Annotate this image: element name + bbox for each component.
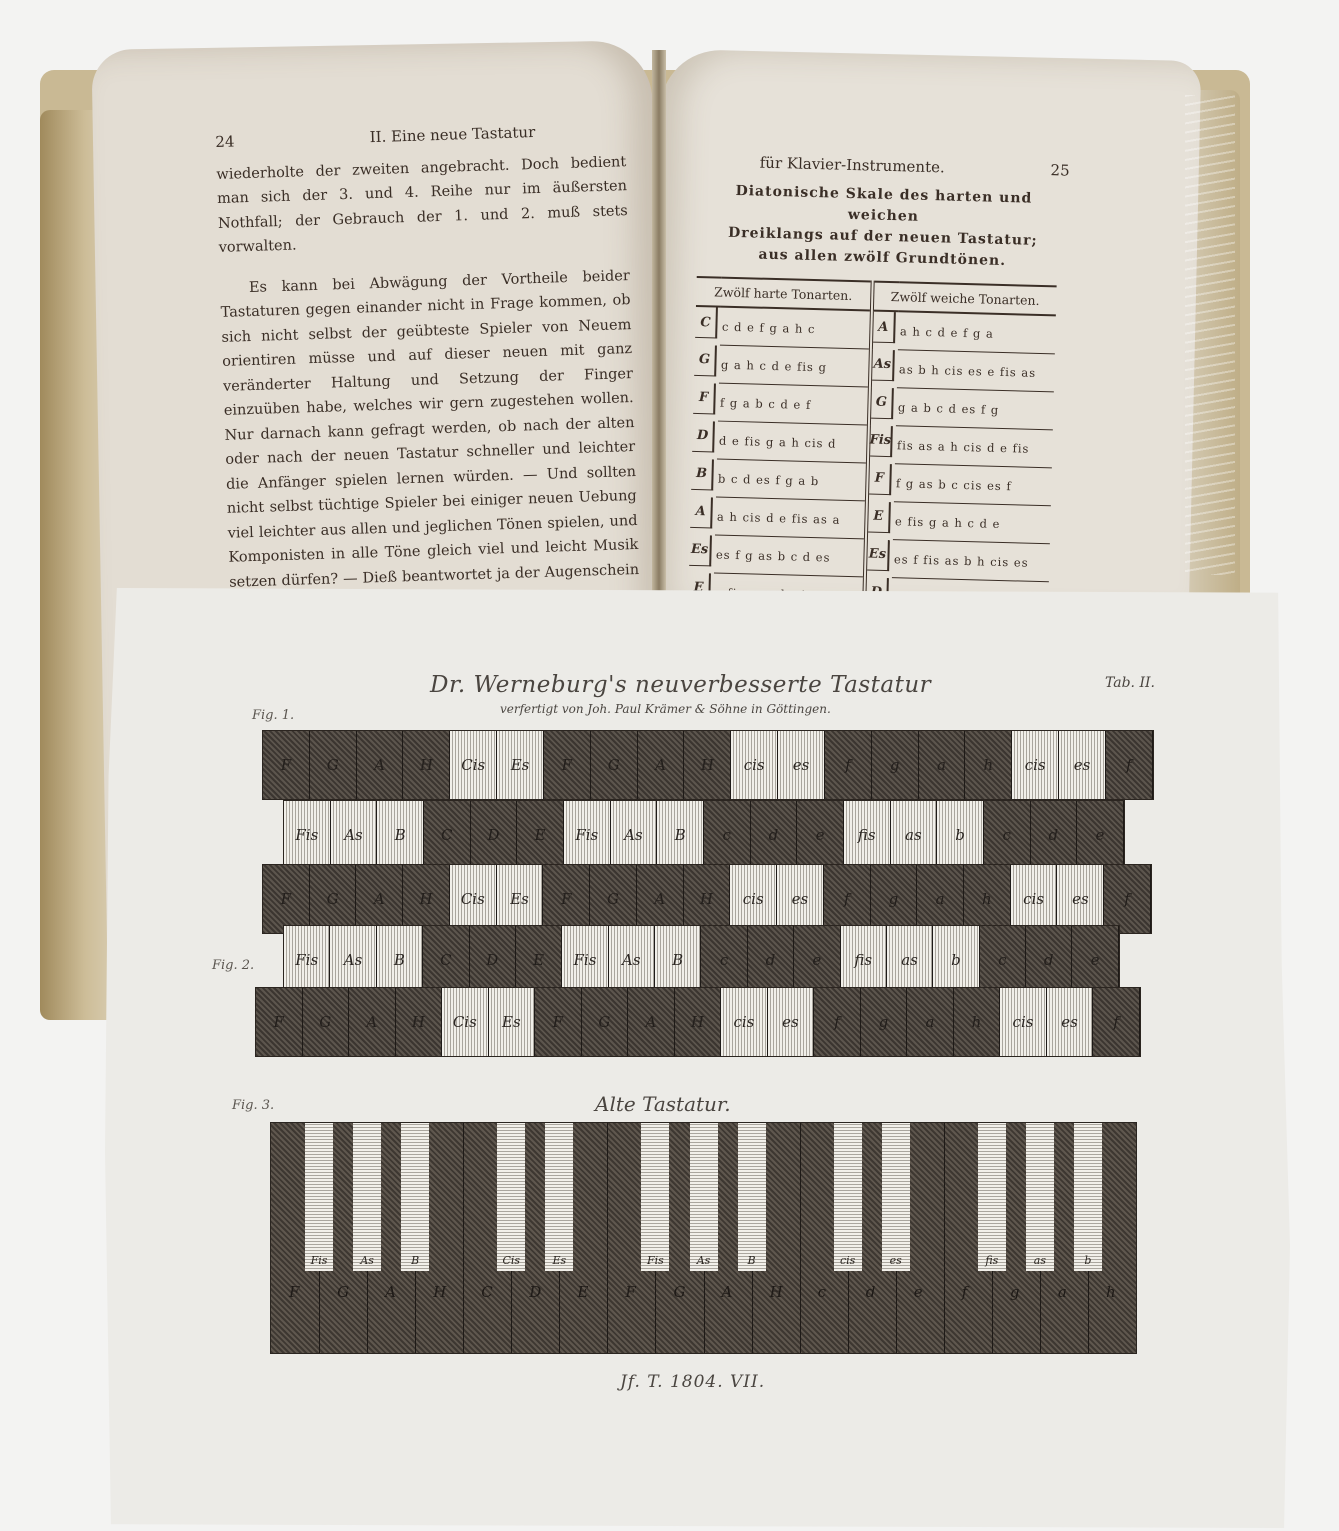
key: A bbox=[628, 988, 675, 1056]
key: G bbox=[310, 865, 357, 933]
key-divider bbox=[607, 1123, 608, 1353]
paragraph: wiederholte der zweiten angebracht. Doch… bbox=[216, 150, 629, 261]
scales-table: Zwölf harte Tonarten. Zwölf weiche Tonar… bbox=[688, 276, 1057, 620]
key-row: FGAHCisEsFGAHcisesfgahcisesf bbox=[262, 864, 1152, 934]
minor-key-cell: Es bbox=[867, 539, 890, 571]
key: h bbox=[965, 731, 1012, 799]
key: A bbox=[349, 988, 396, 1056]
key-row: FGAHCisEsFGAHcisesfgahcisesf bbox=[262, 730, 1154, 800]
key-divider bbox=[944, 1123, 945, 1353]
white-key-label: G bbox=[337, 1283, 349, 1301]
key: c bbox=[980, 926, 1026, 994]
black-key: As bbox=[690, 1123, 718, 1271]
key: Es bbox=[497, 731, 544, 799]
key: D bbox=[471, 801, 518, 869]
white-key-label: G bbox=[673, 1283, 685, 1301]
plate-imprint: Jf. T. 1804. VII. bbox=[620, 1372, 765, 1392]
major-notes-cell: es f g as b c d es bbox=[713, 535, 865, 577]
key: G bbox=[582, 988, 629, 1056]
white-key-label: A bbox=[385, 1283, 396, 1301]
major-key-cell: B bbox=[691, 458, 714, 490]
fig3-old-keyboard: FGAHCDEFGAHcdefgahFisAsBCisEsFisAsBcises… bbox=[270, 1122, 1137, 1354]
black-key: Es bbox=[545, 1123, 573, 1271]
black-key: B bbox=[401, 1123, 429, 1271]
key: es bbox=[1057, 865, 1104, 933]
binding-threads bbox=[1185, 95, 1235, 575]
major-key-cell: A bbox=[690, 496, 713, 528]
minor-notes-cell: es f fis as b h cis es bbox=[892, 540, 1050, 582]
fig3-title: Alte Tastatur. bbox=[595, 1092, 731, 1116]
key: B bbox=[377, 801, 424, 869]
minor-notes-cell: e fis g a h c d e bbox=[892, 502, 1050, 544]
key: Fis bbox=[562, 926, 608, 994]
key: C bbox=[424, 801, 471, 869]
minor-key-cell: E bbox=[868, 501, 891, 533]
black-key: fis bbox=[978, 1123, 1006, 1271]
key: Es bbox=[489, 988, 536, 1056]
black-key: cis bbox=[834, 1123, 862, 1271]
white-key-label: H bbox=[433, 1283, 446, 1301]
key: H bbox=[403, 731, 450, 799]
key: cis bbox=[1000, 988, 1047, 1056]
key: H bbox=[675, 988, 722, 1056]
fig3-label: Fig. 3. bbox=[232, 1098, 274, 1113]
major-notes-cell: b c d es f g a b bbox=[715, 459, 867, 501]
key: cis bbox=[731, 731, 778, 799]
black-key: As bbox=[353, 1123, 381, 1271]
key: f bbox=[825, 731, 872, 799]
key: g bbox=[861, 988, 908, 1056]
white-key-label: F bbox=[625, 1283, 635, 1301]
key: es bbox=[778, 731, 825, 799]
fig2-label: Fig. 2. bbox=[212, 958, 254, 973]
black-key: es bbox=[882, 1123, 910, 1271]
key: es bbox=[1047, 988, 1094, 1056]
plate-title: Dr. Werneburg's neuverbesserte Tastatur bbox=[430, 672, 931, 698]
page-number-right: 25 bbox=[1050, 161, 1070, 179]
white-key-label: D bbox=[529, 1283, 541, 1301]
key: Cis bbox=[450, 731, 497, 799]
major-notes-cell: d e fis g a h cis d bbox=[716, 421, 868, 463]
key: Es bbox=[497, 865, 544, 933]
key: F bbox=[543, 865, 590, 933]
key: A bbox=[638, 731, 685, 799]
key: cis bbox=[1012, 731, 1059, 799]
key-row: FisAsBCDEFisAsBcdefisasbcde bbox=[283, 925, 1120, 995]
key: B bbox=[377, 926, 423, 994]
key: e bbox=[1077, 801, 1124, 869]
black-key: as bbox=[1026, 1123, 1054, 1271]
fig1-label: Fig. 1. bbox=[252, 708, 294, 723]
key-row: FisAsBCDEFisAsBcdefisasbcde bbox=[283, 800, 1125, 870]
key: F bbox=[544, 731, 591, 799]
major-key-cell: G bbox=[694, 344, 717, 376]
key: c bbox=[984, 801, 1031, 869]
minor-key-cell: F bbox=[869, 463, 892, 495]
key: cis bbox=[730, 865, 777, 933]
key: As bbox=[611, 801, 658, 869]
key: d bbox=[1026, 926, 1072, 994]
key-divider bbox=[463, 1123, 464, 1353]
key: B bbox=[655, 926, 701, 994]
key: a bbox=[907, 988, 954, 1056]
key: fis bbox=[844, 801, 891, 869]
key: B bbox=[657, 801, 704, 869]
minor-notes-cell: as b h cis es e fis as bbox=[896, 350, 1054, 392]
major-notes-cell: g a h c d e fis g bbox=[718, 345, 870, 387]
white-key-label: c bbox=[818, 1283, 826, 1301]
key: As bbox=[331, 801, 378, 869]
key: h bbox=[964, 865, 1011, 933]
minor-key-cell: G bbox=[871, 387, 894, 419]
key: e bbox=[1072, 926, 1118, 994]
minor-notes-cell: g a b c d es f g bbox=[895, 388, 1053, 430]
white-key-label: H bbox=[770, 1283, 783, 1301]
table-title: Diatonische Skale des harten und weichen… bbox=[697, 180, 1069, 274]
key: h bbox=[954, 988, 1001, 1056]
major-key-cell: Es bbox=[689, 534, 712, 566]
white-key-label: f bbox=[962, 1283, 968, 1301]
key: H bbox=[684, 865, 731, 933]
white-key-label: C bbox=[481, 1283, 492, 1301]
major-notes-cell: f g a b c d e f bbox=[717, 383, 869, 425]
key: Fis bbox=[284, 801, 331, 869]
key: a bbox=[917, 865, 964, 933]
running-head-right: für Klavier-Instrumente. bbox=[760, 154, 945, 177]
white-key-label: A bbox=[722, 1283, 733, 1301]
key: G bbox=[590, 865, 637, 933]
key: G bbox=[310, 731, 357, 799]
running-head-left: II. Eine neue Tastatur bbox=[369, 120, 535, 150]
key: es bbox=[768, 988, 815, 1056]
plate-subtitle: verfertigt von Joh. Paul Krämer & Söhne … bbox=[500, 702, 831, 716]
key: G bbox=[591, 731, 638, 799]
black-key: Fis bbox=[641, 1123, 669, 1271]
key: As bbox=[330, 926, 376, 994]
key: d bbox=[748, 926, 794, 994]
minor-key-cell: A bbox=[873, 312, 896, 344]
white-key-label: h bbox=[1106, 1283, 1116, 1301]
white-key-label: a bbox=[1058, 1283, 1067, 1301]
book-gutter bbox=[652, 50, 666, 610]
black-key: B bbox=[738, 1123, 766, 1271]
white-key-label: d bbox=[866, 1283, 876, 1301]
key: H bbox=[396, 988, 443, 1056]
key: G bbox=[303, 988, 350, 1056]
black-key: Cis bbox=[497, 1123, 525, 1271]
key: Cis bbox=[442, 988, 489, 1056]
key: Cis bbox=[450, 865, 497, 933]
key: es bbox=[777, 865, 824, 933]
key: d bbox=[1031, 801, 1078, 869]
key: f bbox=[1106, 731, 1153, 799]
major-key-cell: C bbox=[695, 307, 718, 339]
key: F bbox=[535, 988, 582, 1056]
minor-key-cell: As bbox=[872, 349, 895, 381]
key: e bbox=[797, 801, 844, 869]
key: b bbox=[933, 926, 979, 994]
key: C bbox=[423, 926, 469, 994]
key: Fis bbox=[284, 926, 330, 994]
key-divider bbox=[800, 1123, 801, 1353]
key: As bbox=[609, 926, 655, 994]
page-number-left: 24 bbox=[215, 129, 235, 154]
key: d bbox=[751, 801, 798, 869]
key: A bbox=[357, 731, 404, 799]
key: f bbox=[824, 865, 871, 933]
key: c bbox=[701, 926, 747, 994]
key: b bbox=[937, 801, 984, 869]
key: as bbox=[891, 801, 938, 869]
white-key-label: E bbox=[577, 1283, 588, 1301]
white-key-label: e bbox=[914, 1283, 923, 1301]
key: es bbox=[1059, 731, 1106, 799]
key: H bbox=[403, 865, 450, 933]
key: cis bbox=[721, 988, 768, 1056]
key: A bbox=[637, 865, 684, 933]
black-key: Fis bbox=[305, 1123, 333, 1271]
key: as bbox=[887, 926, 933, 994]
major-notes-cell: a h cis d e fis as a bbox=[714, 497, 866, 539]
key: D bbox=[470, 926, 516, 994]
right-page-text: für Klavier-Instrumente. 25 Diatonische … bbox=[688, 152, 1070, 621]
key: fis bbox=[841, 926, 887, 994]
white-key-label: g bbox=[1010, 1283, 1020, 1301]
key: f bbox=[814, 988, 861, 1056]
key: g bbox=[871, 865, 918, 933]
white-key-label: F bbox=[289, 1283, 299, 1301]
major-notes-cell: c d e f g a h c bbox=[719, 307, 871, 349]
major-key-cell: F bbox=[693, 382, 716, 414]
key: g bbox=[872, 731, 919, 799]
key: cis bbox=[1011, 865, 1058, 933]
key: E bbox=[517, 801, 564, 869]
key: F bbox=[263, 731, 310, 799]
key: H bbox=[684, 731, 731, 799]
minor-notes-cell: f g as b c cis es f bbox=[893, 464, 1051, 506]
key-row: FGAHCisEsFGAHcisesfgahcisesf bbox=[255, 987, 1141, 1057]
key: f bbox=[1093, 988, 1140, 1056]
key: F bbox=[256, 988, 303, 1056]
key: f bbox=[1104, 865, 1151, 933]
minor-notes-cell: a h c d e f g a bbox=[897, 311, 1055, 354]
minor-notes-cell: fis as a h cis d e fis bbox=[894, 426, 1052, 468]
black-key: b bbox=[1074, 1123, 1102, 1271]
major-key-cell: D bbox=[692, 420, 715, 452]
paragraph: Es kann bei Abwägung der Vortheile beide… bbox=[220, 264, 641, 620]
key: c bbox=[704, 801, 751, 869]
key: e bbox=[794, 926, 840, 994]
minor-key-cell: Fis bbox=[870, 425, 893, 457]
tab-label: Tab. II. bbox=[1105, 675, 1155, 691]
header-major: Zwölf harte Tonarten. bbox=[696, 277, 873, 311]
key: Fis bbox=[564, 801, 611, 869]
key: A bbox=[356, 865, 403, 933]
key: E bbox=[516, 926, 562, 994]
key: F bbox=[263, 865, 310, 933]
key: a bbox=[919, 731, 966, 799]
